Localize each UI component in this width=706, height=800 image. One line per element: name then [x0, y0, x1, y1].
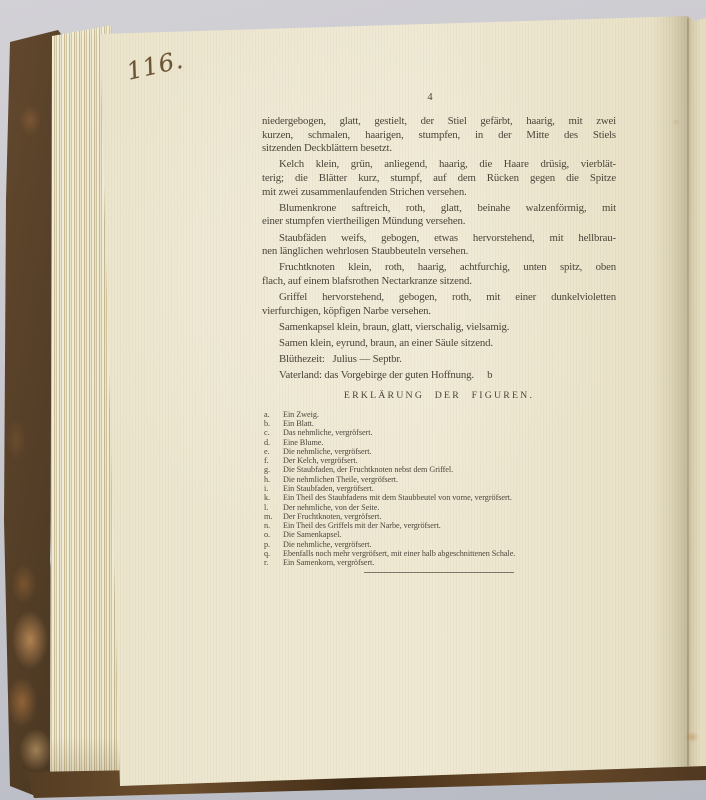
figure-item: h.Die nehmlichen Theile, vergröfsert.	[262, 475, 616, 484]
figure-text: Ein Blatt.	[283, 419, 616, 428]
figure-text: Die nehmliche, vergröfsert.	[283, 540, 616, 549]
figure-item: d.Eine Blume.	[262, 438, 616, 447]
figure-item: a.Ein Zweig.	[262, 410, 616, 419]
text-line: Vaterland: das Vorgebirge der guten Hoff…	[262, 369, 616, 383]
figure-text: Der Kelch, vergröfsert.	[283, 456, 616, 465]
text-line: mit zwei zusammenlaufenden Strichen vers…	[262, 186, 616, 200]
figure-label: c.	[262, 428, 283, 437]
figure-item: c.Das nehmliche, vergröfsert.	[262, 428, 616, 437]
figure-item: l.Der nehmliche, von der Seite.	[262, 503, 616, 512]
figure-text: Ein Theil des Griffels mit der Narbe, ve…	[283, 521, 616, 530]
figure-text: Die Staubfaden, der Fruchtknoten nebst d…	[283, 465, 616, 474]
figure-label: h.	[262, 475, 283, 484]
figure-item: r.Ein Samenkorn, vergröfsert.	[262, 558, 616, 567]
text-line: Blüthezeit: Julius — Septbr.	[262, 353, 616, 367]
figure-item: f.Der Kelch, vergröfsert.	[262, 456, 616, 465]
text-line: Staubfäden weifs, gebogen, etwas hervors…	[262, 232, 616, 246]
figure-item: k.Ein Theil des Staubfadens mit dem Stau…	[262, 493, 616, 502]
figure-label: p.	[262, 540, 283, 549]
paragraph: Samen klein, eyrund, braun, an einer Säu…	[262, 337, 616, 351]
paragraph: Samenkapsel klein, braun, glatt, viersch…	[262, 321, 616, 335]
paragraph: Staubfäden weifs, gebogen, etwas hervors…	[262, 232, 616, 259]
figure-text: Die Samenkapsel.	[283, 530, 616, 539]
figure-item: q.Ebenfalls noch mehr vergröfsert, mit e…	[262, 549, 616, 558]
figures-heading: ERKLÄRUNG DER FIGUREN.	[262, 389, 616, 403]
figure-label: f.	[262, 456, 283, 465]
text-line: einer stumpfen viertheiligen Mündung ver…	[262, 215, 616, 229]
figure-label: n.	[262, 521, 283, 530]
printed-page-number: 4	[256, 92, 604, 103]
figure-label: d.	[262, 438, 283, 447]
figure-label: i.	[262, 484, 283, 493]
figure-text: Der Fruchtknoten, vergröfsert.	[283, 512, 616, 521]
figure-label: e.	[262, 447, 283, 456]
figure-text: Der nehmliche, von der Seite.	[283, 503, 616, 512]
figure-label: o.	[262, 530, 283, 539]
figure-item: m.Der Fruchtknoten, vergröfsert.	[262, 512, 616, 521]
paragraph: niedergebogen, glatt, gestielt, der Stie…	[262, 115, 616, 156]
figure-label: k.	[262, 493, 283, 502]
figure-label: m.	[262, 512, 283, 521]
figure-label: q.	[262, 549, 283, 558]
figure-label: r.	[262, 558, 283, 567]
figure-label: a.	[262, 410, 283, 419]
figure-text: Das nehmliche, vergröfsert.	[283, 428, 616, 437]
figure-label: l.	[262, 503, 283, 512]
figure-text: Die nehmlichen Theile, vergröfsert.	[283, 475, 616, 484]
figure-text: Die nehmliche, vergröfsert.	[283, 447, 616, 456]
figure-item: n.Ein Theil des Griffels mit der Narbe, …	[262, 521, 616, 530]
text-line: nen länglichen wehrlosen Staubbeuteln ve…	[262, 245, 616, 259]
figure-item: e.Die nehmliche, vergröfsert.	[262, 447, 616, 456]
paragraph: Blüthezeit: Julius — Septbr.	[262, 353, 616, 367]
text-block: niedergebogen, glatt, gestielt, der Stie…	[262, 115, 616, 573]
paragraph: Fruchtknoten klein, roth, haarig, achtfu…	[262, 261, 616, 288]
text-line: vierfurchigen, köpfigen Narbe versehen.	[262, 305, 616, 319]
text-line: Griffel hervorstehend, gebogen, roth, mi…	[262, 291, 616, 305]
figure-label: g.	[262, 465, 283, 474]
figure-item: b.Ein Blatt.	[262, 419, 616, 428]
page-gutter-crease	[687, 18, 689, 766]
figure-label: b.	[262, 419, 283, 428]
paragraph: Blumenkrone saftreich, roth, glatt, bein…	[262, 202, 616, 229]
figure-item: p.Die nehmliche, vergröfsert.	[262, 540, 616, 549]
text-line: kurzen, schmalen, haarigen, stumpfen, in…	[262, 129, 616, 143]
figure-text: Ein Theil des Staubfadens mit dem Staubb…	[283, 493, 616, 502]
text-line: Samen klein, eyrund, braun, an einer Säu…	[262, 337, 616, 351]
text-line: Fruchtknoten klein, roth, haarig, achtfu…	[262, 261, 616, 275]
figure-text: Ebenfalls noch mehr vergröfsert, mit ein…	[283, 549, 616, 558]
text-line: Blumenkrone saftreich, roth, glatt, bein…	[262, 202, 616, 216]
paragraph: Kelch klein, grün, anliegend, haarig, di…	[262, 158, 616, 199]
figure-item: o.Die Samenkapsel.	[262, 530, 616, 539]
text-line: flach, auf einem blafsrothen Nectarkranz…	[262, 275, 616, 289]
paragraphs-container: niedergebogen, glatt, gestielt, der Stie…	[262, 115, 616, 383]
text-line: Samenkapsel klein, braun, glatt, viersch…	[262, 321, 616, 335]
text-line: terig; die Blätter kurz, stumpf, auf dem…	[262, 172, 616, 186]
text-line: niedergebogen, glatt, gestielt, der Stie…	[262, 115, 616, 129]
figure-text: Ein Samenkorn, vergröfsert.	[283, 558, 616, 567]
text-line: sitzenden Deckblättern besetzt.	[262, 142, 616, 156]
figure-item: g.Die Staubfaden, der Fruchtknoten nebst…	[262, 465, 616, 474]
end-rule	[364, 572, 514, 573]
figure-text: Ein Staubfaden, vergröfsert.	[283, 484, 616, 493]
handwritten-page-number: 116.	[124, 38, 218, 86]
figure-list: a.Ein Zweig.b.Ein Blatt.c.Das nehmliche,…	[262, 410, 616, 568]
paragraph: Griffel hervorstehend, gebogen, roth, mi…	[262, 291, 616, 318]
text-line: Kelch klein, grün, anliegend, haarig, di…	[262, 158, 616, 172]
figure-text: Ein Zweig.	[283, 410, 616, 419]
figure-item: i.Ein Staubfaden, vergröfsert.	[262, 484, 616, 493]
figure-text: Eine Blume.	[283, 438, 616, 447]
paragraph: Vaterland: das Vorgebirge der guten Hoff…	[262, 369, 616, 383]
